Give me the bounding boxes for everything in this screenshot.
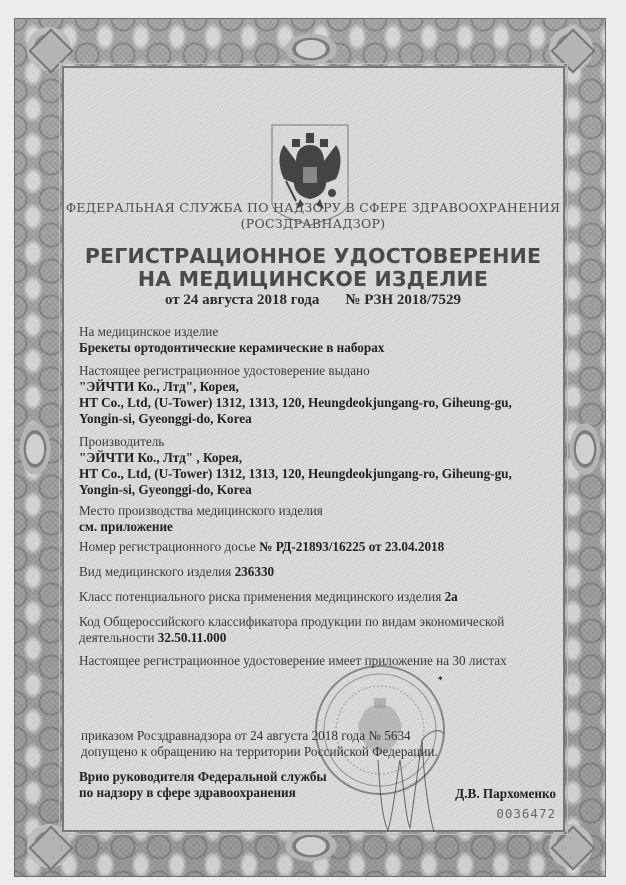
serial-number: 0036472 — [496, 806, 556, 821]
issued-to-line: HT Co., Ltd, (U-Tower) 1312, 1313, 120, … — [79, 395, 559, 411]
device-type-section: Вид медицинского изделия 236330 — [79, 564, 559, 580]
risk-class-label: Класс потенциального риска применения ме… — [79, 589, 445, 604]
signatory-title-line: по надзору в сфере здравоохранения — [79, 785, 327, 801]
manufacturer-line: HT Co., Ltd, (U-Tower) 1312, 1313, 120, … — [79, 466, 559, 482]
risk-class-section: Класс потенциального риска применения ме… — [79, 589, 559, 605]
issued-to-line: Yongin-si, Gyeonggi-do, Korea — [79, 411, 559, 427]
issued-to-section: Настоящее регистрационное удостоверение … — [79, 363, 559, 427]
manufacturer-line: Yongin-si, Gyeonggi-do, Korea — [79, 482, 559, 498]
device-label: На медицинское изделие — [79, 324, 559, 340]
okpd-label: Код Общероссийского классификатора проду… — [79, 614, 559, 630]
device-section: На медицинское изделие Брекеты ортодонти… — [79, 324, 559, 356]
handwritten-signature-icon — [370, 720, 450, 835]
okpd-code: 32.50.11.000 — [158, 630, 227, 645]
manufacturer-section: Производитель "ЭЙЧТИ Ко., Лтд" , Корея, … — [79, 434, 559, 498]
okpd-section: Код Общероссийского классификатора проду… — [79, 614, 559, 646]
device-type-label: Вид медицинского изделия — [79, 564, 235, 579]
signatory-name: Д.В. Пархоменко — [455, 786, 556, 802]
dossier-section: Номер регистрационного досье № РД-21893/… — [79, 539, 559, 555]
dossier-label: Номер регистрационного досье — [79, 539, 259, 554]
document-title: РЕГИСТРАЦИОННОЕ УДОСТОВЕРЕНИЕ — [0, 244, 626, 268]
document-subtitle: НА МЕДИЦИНСКОЕ ИЗДЕЛИЕ — [0, 267, 626, 291]
rosette-ornament — [281, 828, 341, 864]
agency-abbreviation: (РОСЗДРАВНАДЗОР) — [0, 216, 626, 231]
issued-to-line: "ЭЙЧТИ Ко., Лтд", Корея, — [79, 379, 559, 395]
rosette-ornament — [281, 31, 341, 67]
device-type-code: 236330 — [235, 564, 275, 579]
risk-class-value: 2а — [445, 589, 458, 604]
issued-to-label: Настоящее регистрационное удостоверение … — [79, 363, 559, 379]
issue-date-and-number: от 24 августа 2018 года№ РЗН 2018/7529 — [0, 292, 626, 309]
production-site-section: Место производства медицинского изделия … — [79, 503, 559, 535]
agency-name: ФЕДЕРАЛЬНАЯ СЛУЖБА ПО НАДЗОРУ В СФЕРЕ ЗД… — [0, 200, 626, 215]
production-site-value: см. приложение — [79, 519, 559, 535]
issue-date: от 24 августа 2018 года — [165, 292, 319, 308]
manufacturer-line: "ЭЙЧТИ Ко., Лтд" , Корея, — [79, 450, 559, 466]
rosette-ornament — [17, 419, 53, 479]
registration-number: № РЗН 2018/7529 — [345, 292, 461, 308]
manufacturer-label: Производитель — [79, 434, 559, 450]
device-name: Брекеты ортодонтические керамические в н… — [79, 340, 559, 356]
okpd-label-cont: деятельности — [79, 630, 158, 645]
dossier-number: № РД-21893/16225 от 23.04.2018 — [259, 539, 444, 554]
production-site-label: Место производства медицинского изделия — [79, 503, 559, 519]
rosette-ornament — [567, 419, 603, 479]
signatory-title-line: Врио руководителя Федеральной службы — [79, 769, 327, 785]
ink-mark: ✦ — [437, 674, 444, 683]
signatory-title: Врио руководителя Федеральной службы по … — [79, 769, 327, 801]
